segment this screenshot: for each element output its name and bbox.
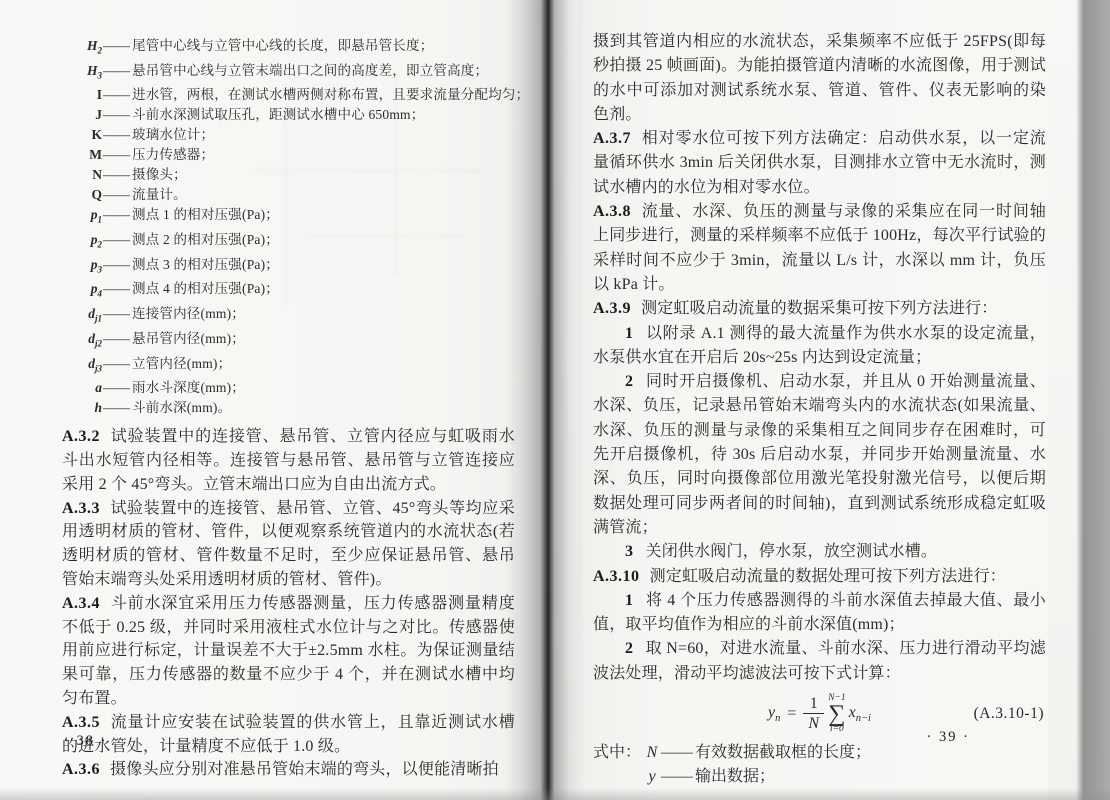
- numbered-item-paragraph: 3关闭供水阀门，停水泵，放空测试水槽。: [593, 540, 1046, 564]
- fraction-one-over-n: 1 N: [803, 695, 824, 734]
- where-definition-row: 式中：N——有效数据截取框的长度；: [593, 741, 1046, 765]
- paragraph-text: 摄到其管道内相应的水流状态，采集频率不应低于 25FPS(即每秒拍摄 25 帧画…: [593, 33, 1046, 123]
- item-number: 2: [625, 373, 634, 390]
- definition-description: 悬吊管内径(mm)；: [132, 329, 245, 349]
- definition-row: Q——流量计。: [62, 185, 514, 205]
- definition-dash: ——: [102, 354, 132, 374]
- clause-number: A.3.7: [593, 130, 631, 147]
- definition-term: H3: [62, 61, 102, 86]
- definition-row: I——进水管，两根，在测试水槽两侧对称布置，且要求流量分配均匀；: [62, 85, 514, 105]
- paragraph: A.3.10测定虹吸启动流量的数据处理可按下列方法进行：: [593, 565, 1046, 589]
- definition-list: H2——尾管中心线与立管中心线的长度，即悬吊管长度；H3——悬吊管中心线与立管末…: [62, 36, 514, 418]
- paragraph-text: 试验装置中的连接管、悬吊管、立管内径应与虹吸雨水斗出水短管内径相等。连接管与悬吊…: [62, 428, 515, 493]
- clause-number: A.3.4: [62, 595, 100, 612]
- definition-row: dj2——悬吊管内径(mm)；: [62, 329, 514, 354]
- definition-description: 测点 1 的相对压强(Pa)；: [132, 205, 279, 225]
- definition-description: 斗前水深(mm)。: [132, 398, 231, 418]
- clause-number: A.3.10: [593, 568, 640, 585]
- paragraph-text: 试验装置中的连接管、悬吊管、立管、45°弯头等均应采用透明材质的管材、管件，以便…: [62, 500, 515, 588]
- definition-term: p3: [62, 255, 102, 280]
- clause-number: A.3.6: [62, 761, 100, 778]
- definition-dash: ——: [102, 279, 132, 299]
- clause-number: A.3.3: [62, 500, 100, 517]
- numbered-item-paragraph: 2同时开启摄像机、启动水泵，并且从 0 开始测量流量、水深、负压，记录悬吊管始末…: [593, 370, 1046, 540]
- paragraph: A.3.9测定虹吸启动流量的数据采集可按下列方法进行：: [593, 297, 1046, 321]
- paragraph-text: 斗前水深宜采用压力传感器测量，压力传感器测量精度不低于 0.25 级，并同时采用…: [62, 595, 515, 707]
- definition-row: H2——尾管中心线与立管中心线的长度，即悬吊管长度；: [62, 36, 514, 61]
- definition-term: K: [62, 125, 102, 145]
- definition-row: p3——测点 3 的相对压强(Pa)；: [62, 255, 514, 280]
- definition-dash: ——: [102, 165, 132, 185]
- book-scan: H2——尾管中心线与立管中心线的长度，即悬吊管长度；H3——悬吊管中心线与立管末…: [0, 0, 1110, 800]
- definition-row: p4——测点 4 的相对压强(Pa)；: [62, 279, 514, 304]
- definition-row: K——玻璃水位计；: [62, 125, 514, 145]
- where-intro: 式中：: [593, 741, 645, 765]
- definition-row: J——斗前水深测试取压孔，距测试水槽中心 650mm；: [62, 105, 514, 125]
- paragraph: A.3.3试验装置中的连接管、悬吊管、立管、45°弯头等均应采用透明材质的管材、…: [62, 497, 515, 592]
- scan-edge-right: [1076, 0, 1110, 800]
- formula-a-3-10-1: yn = 1 N N−1 ∑ i=0 xn−i (A.3.10-1): [593, 694, 1046, 735]
- left-page-body: A.3.2试验装置中的连接管、悬吊管、立管内径应与虹吸雨水斗出水短管内径相等。连…: [62, 425, 515, 782]
- paragraph-text: 以附录 A.1 测得的最大流量作为供水水泵的设定流量，水泵供水宜在开启后 20s…: [593, 325, 1046, 366]
- item-number: 3: [625, 543, 634, 560]
- paragraph: A.3.8流量、水深、负压的测量与录像的采集应在同一时间轴上同步进行，测量的采样…: [593, 200, 1046, 297]
- definition-row: p2——测点 2 的相对压强(Pa)；: [62, 230, 514, 255]
- definition-description: 玻璃水位计；: [132, 125, 214, 145]
- definition-term: Q: [62, 185, 102, 205]
- definition-dash: ——: [102, 125, 132, 145]
- formula-rhs: xn−i: [849, 704, 871, 724]
- definition-row: M——压力传感器；: [62, 145, 514, 165]
- definition-term: h: [62, 398, 102, 418]
- where-symbol: y: [645, 765, 659, 789]
- definition-dash: ——: [102, 304, 132, 324]
- paragraph-text: 将 4 个压力传感器测得的斗前水深值去掉最大值、最小值，取平均值作为相应的斗前水…: [593, 592, 1046, 633]
- right-page-body: 摄到其管道内相应的水流状态，采集频率不应低于 25FPS(即每秒拍摄 25 帧画…: [593, 30, 1046, 686]
- definition-row: H3——悬吊管中心线与立管末端出口之间的高度差，即立管高度；: [62, 61, 514, 86]
- clause-number: A.3.5: [62, 714, 100, 731]
- definition-row: a——雨水斗深度(mm)；: [62, 378, 514, 398]
- page-left: H2——尾管中心线与立管中心线的长度，即悬吊管长度；H3——悬吊管中心线与立管末…: [0, 0, 540, 800]
- definition-description: 雨水斗深度(mm)；: [132, 378, 245, 398]
- numbered-item-paragraph: 1将 4 个压力传感器测得的斗前水深值去掉最大值、最小值，取平均值作为相应的斗前…: [593, 589, 1046, 638]
- definition-dash: ——: [102, 230, 132, 250]
- definition-description: 流量计。: [132, 185, 187, 205]
- paragraph: A.3.2试验装置中的连接管、悬吊管、立管内径应与虹吸雨水斗出水短管内径相等。连…: [62, 425, 515, 496]
- definition-description: 进水管，两根，在测试水槽两侧对称布置，且要求流量分配均匀；: [132, 85, 529, 105]
- paragraph: A.3.6摄像头应分别对准悬吊管始末端的弯头，以便能清晰拍: [62, 758, 515, 782]
- definition-term: J: [62, 105, 102, 125]
- definition-term: dj1: [62, 304, 102, 329]
- paragraph-text: 测定虹吸启动流量的数据采集可按下列方法进行：: [641, 300, 997, 317]
- definition-term: H2: [62, 36, 102, 61]
- paragraph-text: 同时开启摄像机、启动水泵，并且从 0 开始测量流量、水深、负压，记录悬吊管始末端…: [593, 373, 1046, 536]
- clause-number: A.3.2: [62, 428, 100, 445]
- item-number: 1: [625, 325, 634, 342]
- definition-row: dj1——连接管内径(mm)；: [62, 304, 514, 329]
- definition-term: p1: [62, 205, 102, 230]
- definition-dash: ——: [102, 378, 132, 398]
- definition-term: I: [62, 85, 102, 105]
- definition-description: 悬吊管中心线与立管末端出口之间的高度差，即立管高度；: [132, 61, 488, 81]
- definition-term: dj3: [62, 354, 102, 379]
- definition-row: N——摄像头；: [62, 165, 514, 185]
- definition-dash: ——: [102, 329, 132, 349]
- where-definition-row: y——输出数据；: [593, 765, 1046, 789]
- page-number-right: · 39 ·: [927, 729, 970, 746]
- paragraph: A.3.4斗前水深宜采用压力传感器测量，压力传感器测量精度不低于 0.25 级，…: [62, 592, 515, 711]
- formula-lhs: yn: [768, 704, 780, 724]
- definition-term: p2: [62, 230, 102, 255]
- formula-where-list: 式中：N——有效数据截取框的长度；y——输出数据；: [593, 741, 1046, 790]
- paragraph: 摄到其管道内相应的水流状态，采集频率不应低于 25FPS(即每秒拍摄 25 帧画…: [593, 30, 1046, 127]
- paragraph-text: 取 N=60，对进水流量、斗前水深、压力进行滑动平均滤波法处理，滑动平均滤波法可…: [593, 640, 1046, 681]
- clause-number: A.3.9: [593, 300, 631, 317]
- item-number: 2: [625, 640, 634, 657]
- paragraph-text: 关闭供水阀门，停水泵，放空测试水槽。: [646, 543, 938, 560]
- definition-description: 连接管内径(mm)；: [132, 304, 245, 324]
- item-number: 1: [625, 592, 634, 609]
- definition-description: 测点 2 的相对压强(Pa)；: [132, 230, 279, 250]
- paragraph: A.3.7相对零水位可按下列方法确定：启动供水泵，以一定流量循环供水 3min …: [593, 127, 1046, 200]
- equation-number: (A.3.10-1): [974, 705, 1044, 723]
- page-right: 摄到其管道内相应的水流状态，采集频率不应低于 25FPS(即每秒拍摄 25 帧画…: [578, 0, 1048, 800]
- numbered-item-paragraph: 1以附录 A.1 测得的最大流量作为供水水泵的设定流量，水泵供水宜在开启后 20…: [593, 322, 1046, 371]
- definition-dash: ——: [102, 398, 132, 418]
- definition-term: a: [62, 378, 102, 398]
- paragraph-text: 摄像头应分别对准悬吊管始末端的弯头，以便能清晰拍: [110, 761, 499, 778]
- definition-description: 斗前水深测试取压孔，距测试水槽中心 650mm；: [132, 105, 424, 125]
- definition-description: 测点 3 的相对压强(Pa)；: [132, 255, 279, 275]
- definition-dash: ——: [102, 105, 132, 125]
- paragraph-text: 相对零水位可按下列方法确定：启动供水泵，以一定流量循环供水 3min 后关闭供水…: [593, 130, 1046, 196]
- definition-term: M: [62, 145, 102, 165]
- definition-description: 测点 4 的相对压强(Pa)；: [132, 279, 279, 299]
- paragraph-text: 流量计应安装在试验装置的供水管上，且靠近测试水槽的进水管处，计量精度不应低于 1…: [62, 714, 515, 755]
- where-description: 输出数据；: [695, 765, 775, 789]
- definition-row: dj3——立管内径(mm)；: [62, 354, 514, 379]
- paragraph: A.3.5流量计应安装在试验装置的供水管上，且靠近测试水槽的进水管处，计量精度不…: [62, 711, 515, 759]
- equals-sign: =: [787, 705, 796, 723]
- paragraph-text: 流量、水深、负压的测量与录像的采集应在同一时间轴上同步进行，测量的采样频率不应低…: [593, 203, 1046, 293]
- definition-dash: ——: [102, 205, 132, 225]
- page-number-left: · 38 ·: [64, 733, 107, 750]
- definition-dash: ——: [102, 85, 132, 105]
- where-description: 有效数据截取框的长度；: [695, 741, 871, 765]
- definition-dash: ——: [102, 255, 132, 275]
- definition-term: N: [62, 165, 102, 185]
- where-symbol: N: [645, 741, 659, 765]
- definition-term: p4: [62, 279, 102, 304]
- definition-dash: ——: [102, 36, 132, 56]
- paragraph-text: 测定虹吸启动流量的数据处理可按下列方法进行：: [650, 568, 1006, 585]
- definition-description: 立管内径(mm)；: [132, 354, 231, 374]
- summation-symbol: N−1 ∑ i=0: [828, 694, 846, 735]
- definition-row: h——斗前水深(mm)。: [62, 398, 514, 418]
- definition-term: dj2: [62, 329, 102, 354]
- definition-dash: ——: [102, 185, 132, 205]
- definition-description: 压力传感器；: [132, 145, 214, 165]
- definition-dash: ——: [102, 145, 132, 165]
- numbered-item-paragraph: 2取 N=60，对进水流量、斗前水深、压力进行滑动平均滤波法处理，滑动平均滤波法…: [593, 637, 1046, 686]
- definition-description: 尾管中心线与立管中心线的长度，即悬吊管长度；: [132, 36, 433, 56]
- definition-description: 摄像头；: [132, 165, 187, 185]
- where-dash: ——: [659, 765, 695, 789]
- where-dash: ——: [659, 741, 695, 765]
- clause-number: A.3.8: [593, 203, 631, 220]
- definition-dash: ——: [102, 61, 132, 81]
- definition-row: p1——测点 1 的相对压强(Pa)；: [62, 205, 514, 230]
